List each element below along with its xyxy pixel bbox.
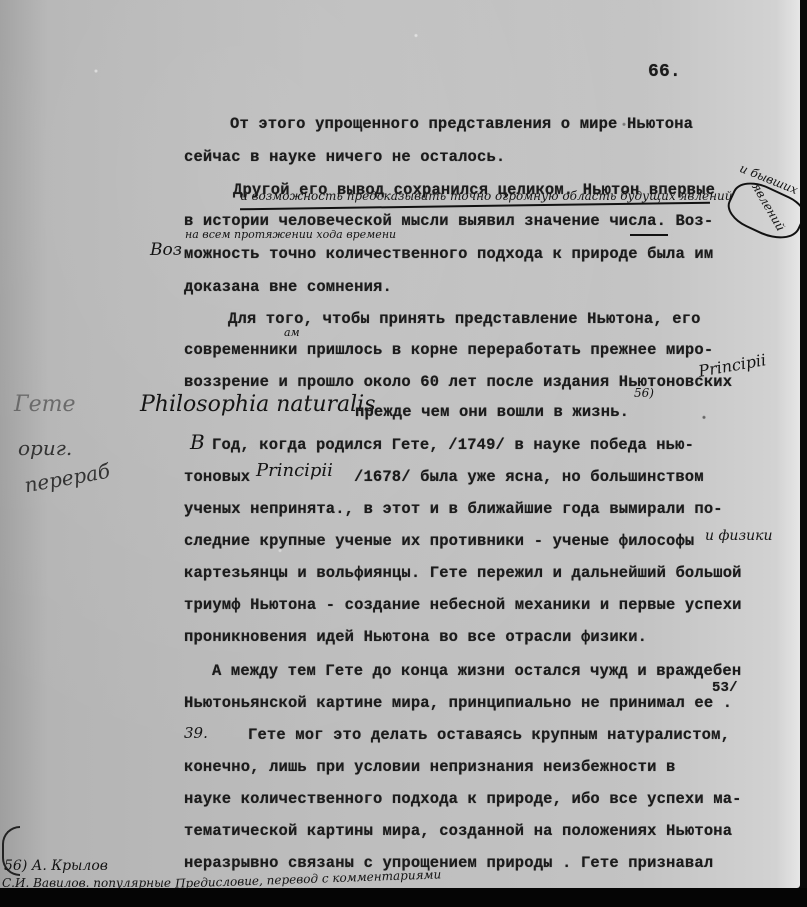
paragraph-5-line-1: А между тем Гете до конца жизни остался … bbox=[212, 662, 741, 680]
handwritten-v: В bbox=[190, 430, 205, 454]
paragraph-4-line-4: следние крупные ученые их противники - у… bbox=[184, 532, 694, 550]
paragraph-3-line-4: прежде чем они вошли в жизнь. bbox=[355, 403, 629, 421]
paragraph-5-line-5: науке количественного подхода к природе,… bbox=[184, 790, 742, 808]
paragraph-4-line-5: картезьянцы и вольфиянцы. Гете пережил и… bbox=[184, 564, 742, 582]
paragraph-4-line-2b: /1678/ была уже ясна, но большинством bbox=[354, 468, 704, 486]
handwritten-fiziki: и физики bbox=[705, 528, 772, 544]
footnote-vavilov: С.И. Вавилов. популярные bbox=[2, 876, 171, 888]
paragraph-5-line-4: конечно, лишь при условии непризнания не… bbox=[184, 758, 675, 776]
left-margin-note-2: ориг. bbox=[18, 436, 72, 460]
handwritten-insert-below: на всем протяжении хода времени bbox=[185, 228, 396, 241]
paragraph-2-line-4: доказана вне сомнения. bbox=[184, 278, 392, 296]
paragraph-2-line-3: можность точно количественного подхода к… bbox=[184, 245, 713, 263]
paragraph-5-line-7: неразрывно связаны с упрощением природы … bbox=[184, 854, 713, 872]
left-margin-note-3: перераб bbox=[23, 459, 112, 498]
handwritten-am: ам bbox=[284, 326, 300, 339]
paragraph-5-line-3: Гете мог это делать оставаясь крупным на… bbox=[248, 726, 730, 744]
paragraph-4-line-6: триумф Ньютона - создание небесной механ… bbox=[184, 596, 742, 614]
handwritten-principii-inline: Principii bbox=[256, 460, 333, 481]
handwritten-insert-above: и возможность предсказывать точно огромн… bbox=[240, 189, 732, 203]
document-page: 66. От этого упрощенного представления о… bbox=[0, 0, 800, 888]
paragraph-4-line-2a: тоновых bbox=[184, 468, 250, 486]
paragraph-1-line-2: сейчас в науке ничего не осталось. bbox=[184, 148, 505, 166]
strike-voz bbox=[630, 234, 668, 236]
handwritten-voz: Воз bbox=[150, 240, 182, 260]
paragraph-1-line-1: От этого упрощенного представления о мир… bbox=[230, 115, 693, 133]
paragraph-5-line-2: Ньютоньянской картине мира, принципиальн… bbox=[184, 694, 732, 712]
left-margin-note-1: Гете bbox=[14, 392, 75, 417]
paragraph-4-line-3: ученых непринята., в этот и в ближайшие … bbox=[184, 500, 723, 518]
paragraph-4-line-1: Год, когда родился Гете, /1749/ в науке … bbox=[212, 436, 694, 454]
footnote-ref-56: 56) bbox=[634, 386, 654, 400]
scan-border bbox=[0, 888, 807, 907]
paragraph-5-line-6: тематической картины мира, созданной на … bbox=[184, 822, 732, 840]
paragraph-3-line-2: современники пришлось в корне переработа… bbox=[184, 341, 713, 359]
paragraph-4-line-7: проникновения идей Ньютона во все отрасл… bbox=[184, 628, 647, 646]
handwritten-philosophia: Philosophia naturalis bbox=[140, 392, 376, 417]
footnote-krylov: 56) А. Крылов bbox=[4, 858, 108, 874]
handwritten-39: 39. bbox=[184, 724, 208, 742]
page-number: 66. bbox=[648, 62, 681, 82]
